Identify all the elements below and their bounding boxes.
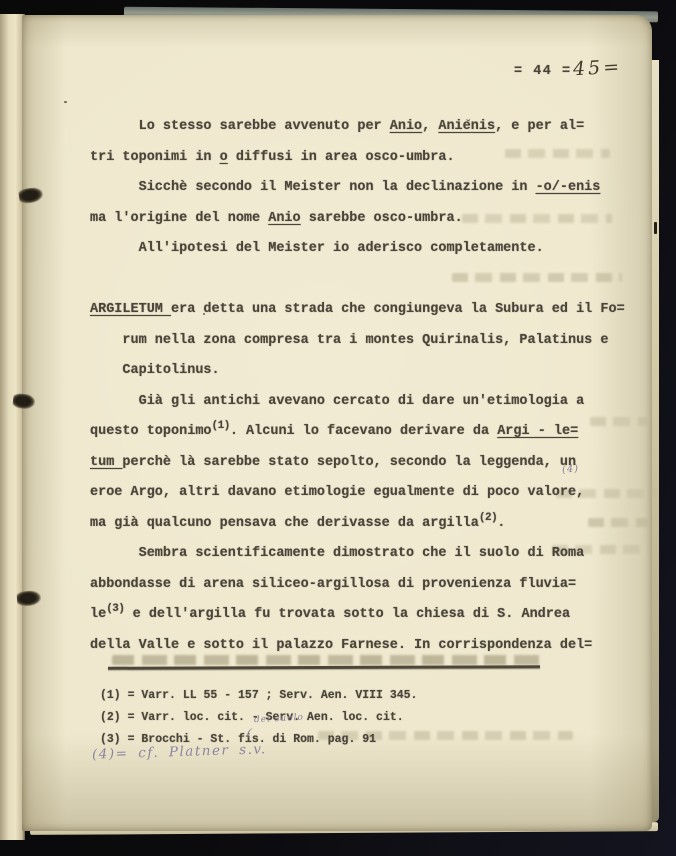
binding-hole	[17, 590, 42, 607]
handwritten-footnote-ref: (4)	[562, 463, 580, 475]
typed-line: Lo stesso sarebbe avvenuto per Anio, Ani…	[90, 112, 625, 143]
typed-line: della Valle e sotto il palazzo Farnese. …	[90, 631, 625, 662]
handwritten-page-number: 45=	[572, 56, 622, 81]
typed-line: ma già qualcuno pensava che derivasse da…	[90, 509, 625, 540]
paper-speck	[64, 101, 67, 103]
typed-line: rum nella zona compresa tra i montes Qui…	[90, 326, 625, 357]
typed-line: (1) = Varr. LL 55 - 157 ; Serv. Aen. VII…	[100, 685, 417, 707]
body-text: Lo stesso sarebbe avvenuto per Anio, Ani…	[90, 112, 625, 661]
typed-line: All'ipotesi del Meister io aderisco comp…	[90, 234, 625, 265]
typed-line: Capitolinus.	[90, 356, 625, 387]
typed-line: Già gli antichi avevano cercato di dare …	[90, 387, 625, 418]
typed-line: abbondasse di arena siliceo-argillosa di…	[90, 570, 625, 601]
typed-line: eroe Argo, altri davano etimologie egual…	[90, 478, 625, 509]
typed-page-number: = 44 =	[514, 64, 572, 79]
paper-speck	[654, 222, 657, 234]
typed-line: ma l'origine del nome Anio sarebbe osco-…	[90, 204, 625, 235]
scanned-page-photo: = 44 = 45= Lo stesso sarebbe avvenuto pe…	[0, 0, 676, 856]
typed-line	[90, 265, 625, 296]
typed-line: Sembra scientificamente dimostrato che i…	[90, 539, 625, 570]
typed-line: questo toponimo(1). Alcuni lo facevano d…	[90, 417, 625, 448]
binding-hole	[12, 393, 35, 410]
typed-line: tum perchè là sarebbe stato sepolto, sec…	[90, 448, 625, 479]
typed-line: le(3) e dell'argilla fu trovata sotto la…	[90, 600, 625, 631]
typed-line: tri toponimi in o diffusi in area osco-u…	[90, 143, 625, 174]
typed-line: ARGILETUM era detta una strada che congi…	[90, 295, 625, 326]
page-fore-edge	[651, 60, 659, 822]
typed-line: Sicchè secondo il Meister non la declina…	[90, 173, 625, 204]
